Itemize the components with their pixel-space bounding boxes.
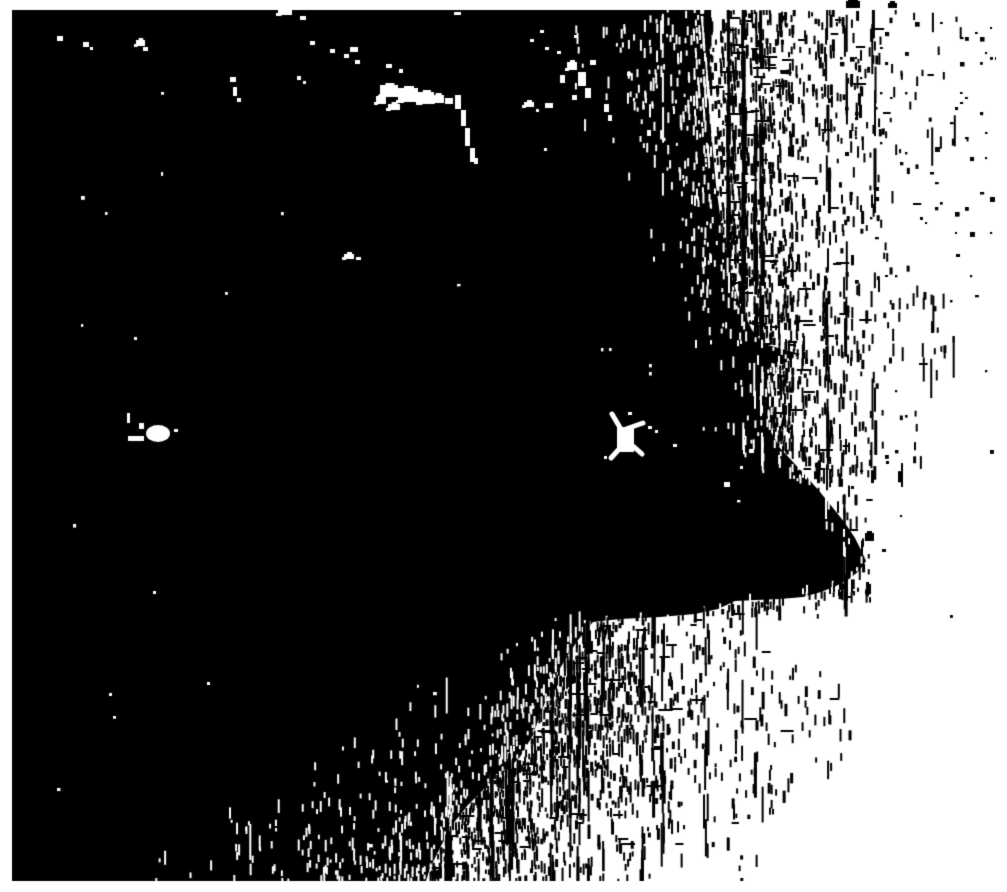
screenshot-root [0, 0, 1007, 892]
binarized-photo-canvas [0, 0, 1007, 892]
binarized-photo [0, 0, 1007, 892]
